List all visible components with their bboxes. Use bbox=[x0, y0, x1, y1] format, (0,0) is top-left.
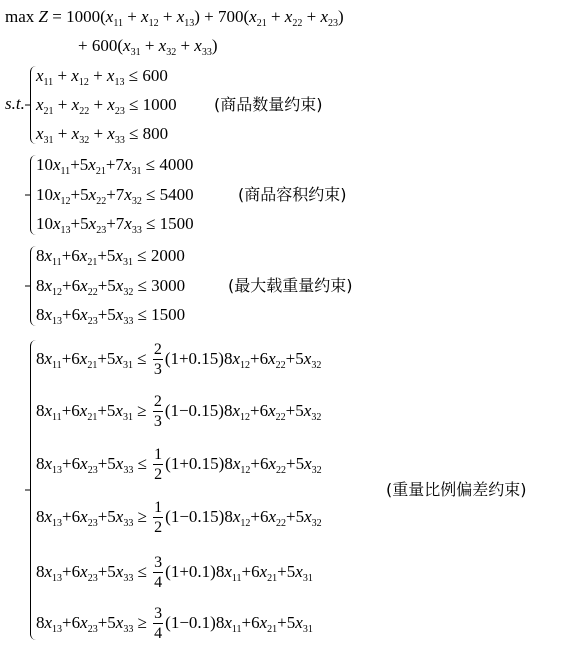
group-label-max-load: (最大载重量约束) bbox=[228, 276, 353, 296]
group-label-quantity: (商品数量约束) bbox=[214, 95, 323, 115]
brace-icon bbox=[30, 340, 37, 640]
constraint-row: 10x12+5x22+7x32 ≤ 5400 bbox=[36, 185, 194, 205]
constraint-row: 10x11+5x21+7x31 ≤ 4000 bbox=[36, 155, 193, 175]
constraint-row: 8x11+6x21+5x31 ≤ 2000 bbox=[36, 246, 185, 266]
constraint-row: x21 + x22 + x23 ≤ 1000 bbox=[36, 95, 177, 115]
objective-var: Z bbox=[39, 7, 48, 26]
constraint-row: 8x13+6x23+5x33 ≤ 12(1+0.15)8x12+6x22+5x3… bbox=[36, 447, 322, 483]
coef: 700 bbox=[218, 7, 244, 26]
objective-line-1: max Z = 1000(x11 + x12 + x13) + 700(x21 … bbox=[5, 7, 344, 27]
constraint-row: x11 + x12 + x13 ≤ 600 bbox=[36, 66, 168, 86]
constraint-row: 8x13+6x23+5x33 ≤ 34(1+0.1)8x11+6x21+5x31 bbox=[36, 555, 313, 591]
st-label: s.t. bbox=[5, 94, 25, 114]
constraint-row: 10x13+5x23+7x33 ≤ 1500 bbox=[36, 214, 194, 234]
constraint-row: 8x11+6x21+5x31 ≤ 23(1+0.15)8x12+6x22+5x3… bbox=[36, 342, 321, 378]
constraint-row: 8x13+6x23+5x33 ≤ 1500 bbox=[36, 305, 185, 325]
constraint-row: 8x13+6x23+5x33 ≥ 12(1−0.15)8x12+6x22+5x3… bbox=[36, 500, 322, 536]
group-label-weight-ratio: (重量比例偏差约束) bbox=[386, 480, 527, 500]
coef: 600 bbox=[92, 36, 118, 55]
group-label-volume: (商品容积约束) bbox=[238, 185, 347, 205]
constraint-row: 8x11+6x21+5x31 ≥ 23(1−0.15)8x12+6x22+5x3… bbox=[36, 394, 321, 430]
objective-line-2: + 600(x31 + x32 + x33) bbox=[78, 36, 218, 56]
max-keyword: max bbox=[5, 7, 39, 26]
constraint-row: 8x12+6x22+5x32 ≤ 3000 bbox=[36, 276, 185, 296]
constraint-row: x31 + x32 + x33 ≤ 800 bbox=[36, 124, 168, 144]
constraint-row: 8x13+6x23+5x33 ≥ 34(1−0.1)8x11+6x21+5x31 bbox=[36, 606, 313, 642]
coef: 1000 bbox=[66, 7, 100, 26]
